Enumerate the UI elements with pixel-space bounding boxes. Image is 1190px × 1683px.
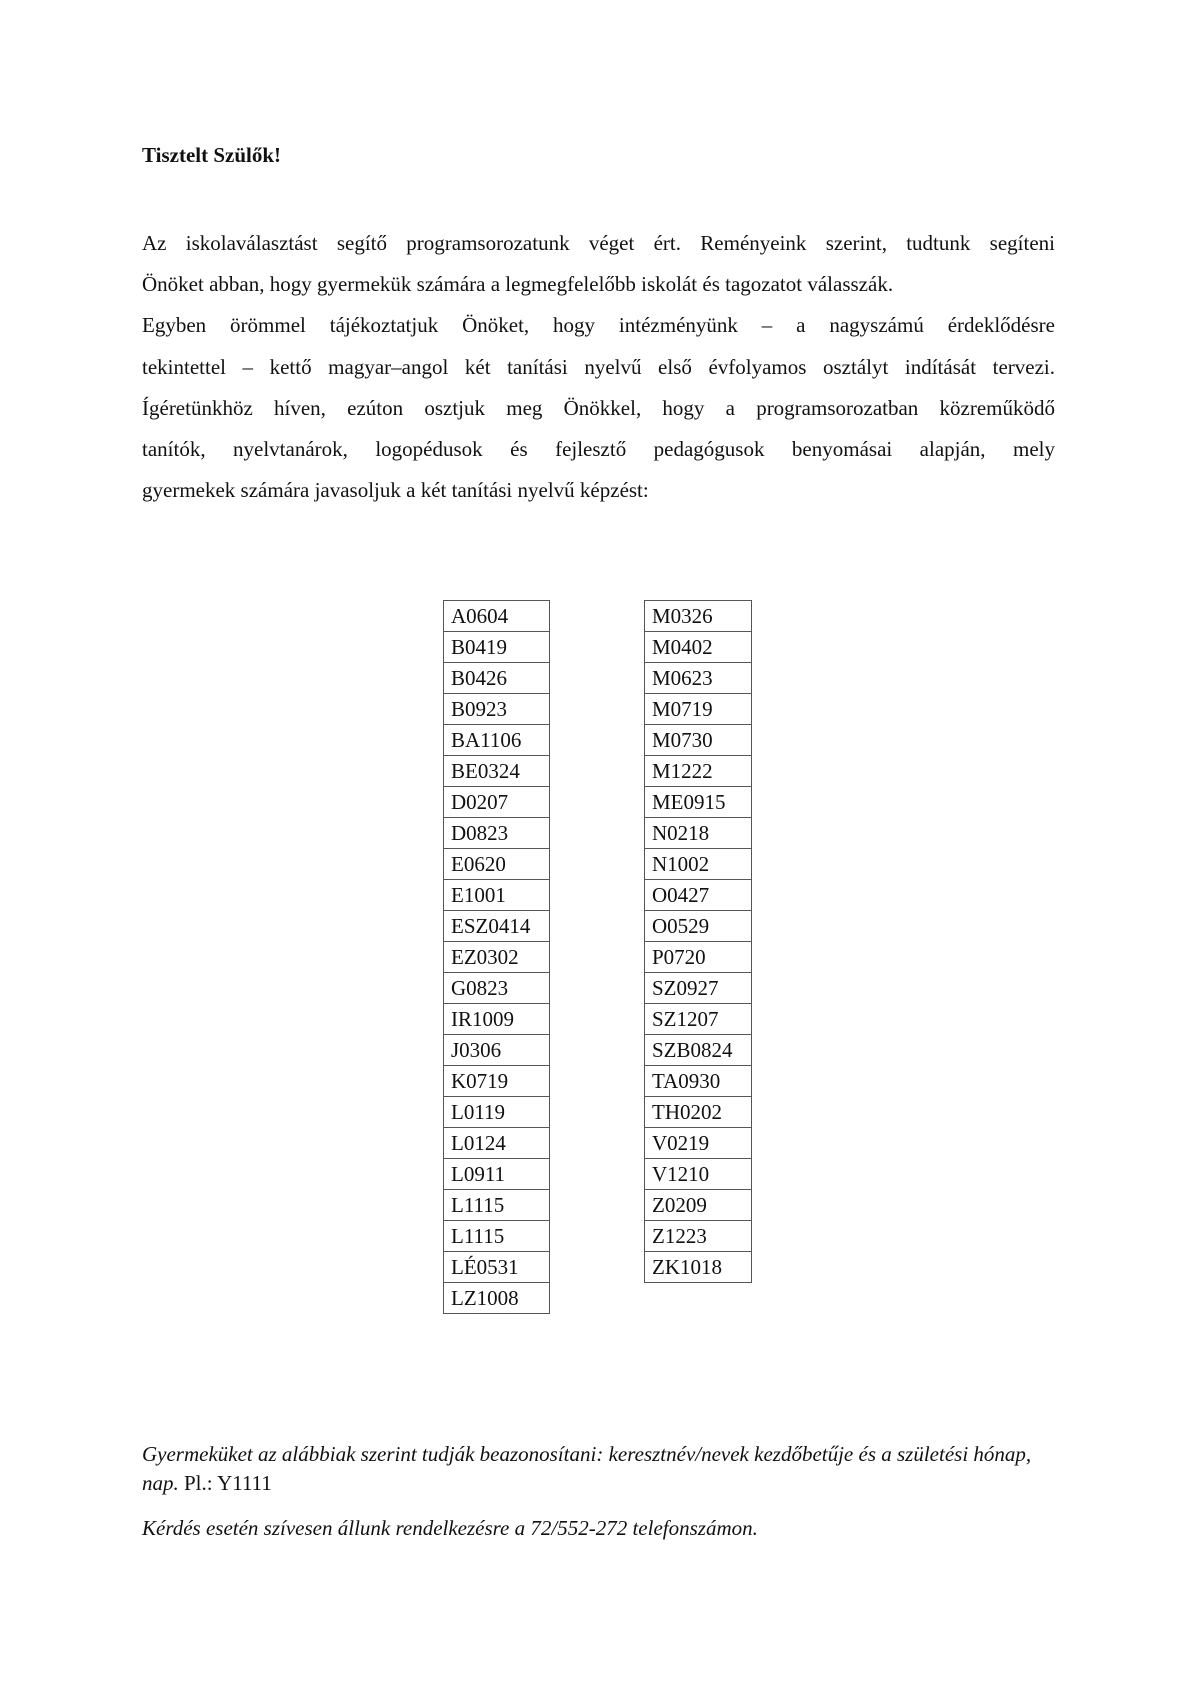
child-code-cell: TA0930 [645,1066,752,1097]
code-row: N1002 [645,849,752,880]
child-code-cell: B0426 [444,663,550,694]
code-row: A0604 [444,601,550,632]
child-code-cell: Z0209 [645,1190,752,1221]
child-code-cell: L0124 [444,1128,550,1159]
child-code-cell: M0730 [645,725,752,756]
child-code-cell: IR1009 [444,1004,550,1035]
code-row: L1115 [444,1221,550,1252]
code-row: M0623 [645,663,752,694]
child-code-cell: A0604 [444,601,550,632]
code-row: ZK1018 [645,1252,752,1283]
code-row: M0730 [645,725,752,756]
code-row: LÉ0531 [444,1252,550,1283]
child-code-cell: L1115 [444,1190,550,1221]
code-row: BE0324 [444,756,550,787]
child-code-cell: BA1106 [444,725,550,756]
code-row: B0419 [444,632,550,663]
code-row: B0923 [444,694,550,725]
code-row: D0207 [444,787,550,818]
child-code-cell: ESZ0414 [444,911,550,942]
child-code-cell: BE0324 [444,756,550,787]
child-code-cell: E1001 [444,880,550,911]
child-code-cell: B0419 [444,632,550,663]
paragraph-line: Ígéretünkhöz híven, ezúton osztjuk meg Ö… [142,388,1055,429]
code-table-right: M0326M0402M0623M0719M0730M1222ME0915N021… [644,600,752,1283]
child-code-cell: L1115 [444,1221,550,1252]
code-row: L0119 [444,1097,550,1128]
child-code-cell: SZB0824 [645,1035,752,1066]
paragraph-line: gyermekek számára javasoljuk a két tanít… [142,470,1055,511]
child-code-cell: J0306 [444,1035,550,1066]
code-row: E0620 [444,849,550,880]
code-row: P0720 [645,942,752,973]
child-code-cell: E0620 [444,849,550,880]
child-code-cell: M0402 [645,632,752,663]
letter-greeting: Tisztelt Szülők! [142,143,281,168]
child-code-cell: G0823 [444,973,550,1004]
code-row: V0219 [645,1128,752,1159]
code-row: ESZ0414 [444,911,550,942]
code-table-left: A0604B0419B0426B0923BA1106BE0324D0207D08… [443,600,550,1314]
code-row: EZ0302 [444,942,550,973]
code-row: O0529 [645,911,752,942]
child-code-cell: V1210 [645,1159,752,1190]
child-code-cell: L0911 [444,1159,550,1190]
child-code-cell: TH0202 [645,1097,752,1128]
code-row: E1001 [444,880,550,911]
child-code-cell: M0623 [645,663,752,694]
code-row: J0306 [444,1035,550,1066]
code-row: B0426 [444,663,550,694]
child-code-cell: ZK1018 [645,1252,752,1283]
code-row: V1210 [645,1159,752,1190]
code-row: IR1009 [444,1004,550,1035]
code-row: ME0915 [645,787,752,818]
child-code-cell: LZ1008 [444,1283,550,1314]
child-code-cell: ME0915 [645,787,752,818]
code-row: SZ0927 [645,973,752,1004]
paragraph-line: Önöket abban, hogy gyermekük számára a l… [142,264,1055,305]
paragraph-line: Az iskolaválasztást segítő programsoroza… [142,223,1055,264]
code-row: L1115 [444,1190,550,1221]
child-code-cell: M0326 [645,601,752,632]
identification-note: Gyermeküket az alábbiak szerint tudják b… [142,1440,1042,1498]
child-code-cell: N0218 [645,818,752,849]
code-row: Z1223 [645,1221,752,1252]
paragraph-line: tekintettel – kettő magyar–angol két tan… [142,347,1055,388]
child-code-cell: P0720 [645,942,752,973]
code-row: D0823 [444,818,550,849]
contact-note-text: Kérdés esetén szívesen állunk rendelkezé… [142,1516,758,1540]
letter-body-paragraph: Az iskolaválasztást segítő programsoroza… [142,223,1055,511]
identification-note-text: Gyermeküket az alábbiak szerint tudják b… [142,1442,1031,1495]
child-code-cell: SZ0927 [645,973,752,1004]
child-code-cell: D0823 [444,818,550,849]
code-row: TH0202 [645,1097,752,1128]
code-row: L0124 [444,1128,550,1159]
code-row: L0911 [444,1159,550,1190]
child-code-cell: EZ0302 [444,942,550,973]
child-code-cell: SZ1207 [645,1004,752,1035]
code-row: O0427 [645,880,752,911]
code-row: LZ1008 [444,1283,550,1314]
code-row: M0326 [645,601,752,632]
child-code-cell: O0427 [645,880,752,911]
child-code-cell: B0923 [444,694,550,725]
code-row: M1222 [645,756,752,787]
code-row: SZ1207 [645,1004,752,1035]
code-row: Z0209 [645,1190,752,1221]
child-code-cell: N1002 [645,849,752,880]
code-row: M0402 [645,632,752,663]
code-row: G0823 [444,973,550,1004]
child-code-cell: L0119 [444,1097,550,1128]
code-row: M0719 [645,694,752,725]
contact-note: Kérdés esetén szívesen állunk rendelkezé… [142,1514,758,1543]
child-code-cell: M1222 [645,756,752,787]
child-code-cell: D0207 [444,787,550,818]
child-code-cell: LÉ0531 [444,1252,550,1283]
identification-example: Pl.: Y1111 [179,1471,272,1495]
paragraph-line: tanítók, nyelvtanárok, logopédusok és fe… [142,429,1055,470]
child-code-cell: Z1223 [645,1221,752,1252]
child-code-cell: K0719 [444,1066,550,1097]
code-row: K0719 [444,1066,550,1097]
child-code-cell: V0219 [645,1128,752,1159]
child-code-cell: M0719 [645,694,752,725]
code-row: BA1106 [444,725,550,756]
code-row: TA0930 [645,1066,752,1097]
code-row: SZB0824 [645,1035,752,1066]
paragraph-line: Egyben örömmel tájékoztatjuk Önöket, hog… [142,305,1055,346]
code-row: N0218 [645,818,752,849]
child-code-cell: O0529 [645,911,752,942]
